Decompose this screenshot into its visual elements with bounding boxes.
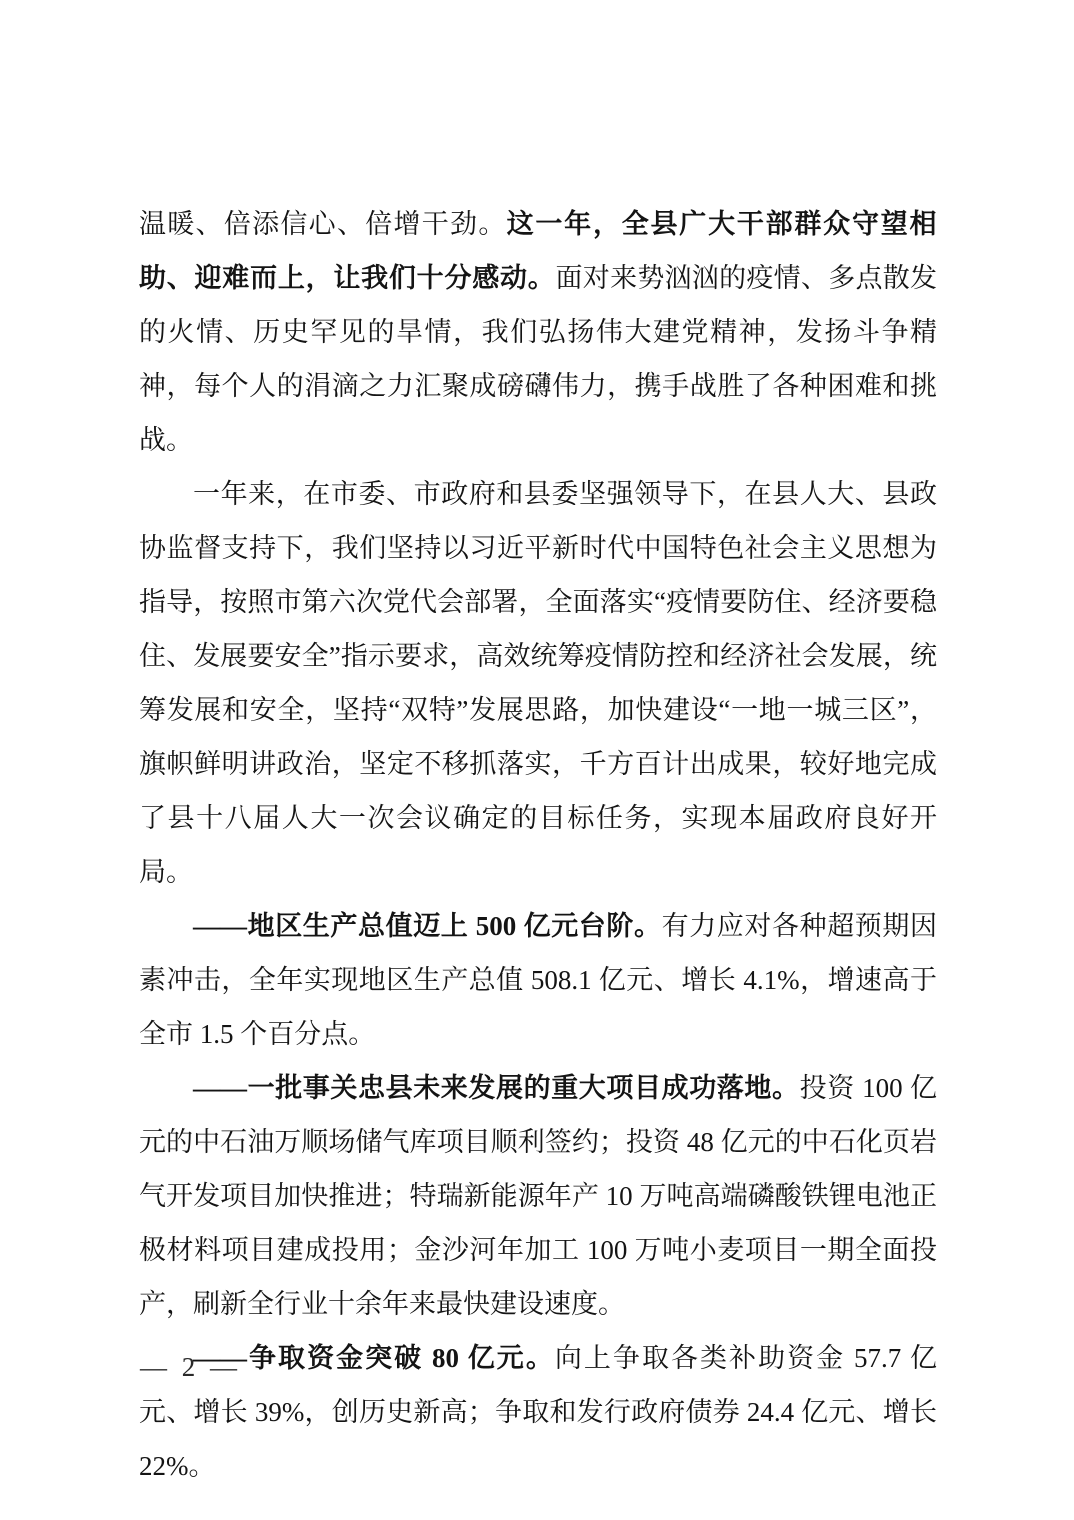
document-page: 温暖、倍添信心、倍增干劲。这一年，全县广大干部群众守望相助、迎难而上，让我们十分…: [0, 0, 1074, 1520]
text-run-regular: 一年来，在市委、市政府和县委坚强领导下，在县人大、县政协监督支持下，我们坚持以习…: [139, 479, 937, 887]
text-run-regular: 温暖、倍添信心、倍增干劲。: [139, 209, 507, 239]
text-run-bold-serif: ——一批事关忠县未来发展的重大项目成功落地。: [193, 1073, 800, 1103]
text-run-regular: 投资 100 亿元的中石油万顺场储气库项目顺利签约；投资 48 亿元的中石化页岩…: [139, 1073, 937, 1319]
text-run-bold-serif: ——地区生产总值迈上 500 亿元台阶。: [193, 911, 662, 941]
page-number: — 2 —: [140, 1352, 241, 1383]
para-funding: ——争取资金突破 80 亿元。向上争取各类补助资金 57.7 亿元、增长 39%…: [139, 1331, 937, 1493]
para-overview: 一年来，在市委、市政府和县委坚强领导下，在县人大、县政协监督支持下，我们坚持以习…: [139, 467, 937, 899]
para-continuation: 温暖、倍添信心、倍增干劲。这一年，全县广大干部群众守望相助、迎难而上，让我们十分…: [139, 197, 937, 467]
para-gdp: ——地区生产总值迈上 500 亿元台阶。有力应对各种超预期因素冲击，全年实现地区…: [139, 899, 937, 1061]
document-body: 温暖、倍添信心、倍增干劲。这一年，全县广大干部群众守望相助、迎难而上，让我们十分…: [139, 197, 937, 1493]
text-run-bold-serif: ——争取资金突破 80 亿元。: [193, 1343, 555, 1373]
para-major-projects: ——一批事关忠县未来发展的重大项目成功落地。投资 100 亿元的中石油万顺场储气…: [139, 1061, 937, 1331]
